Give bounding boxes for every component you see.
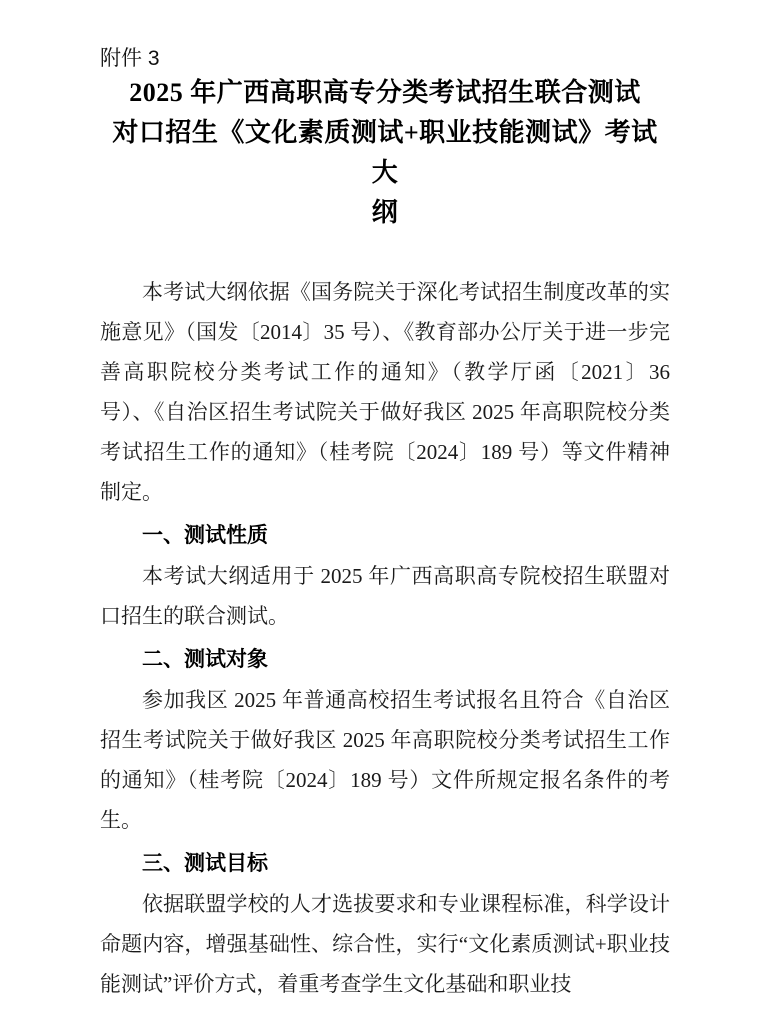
section-heading-test-objectives: 三、测试目标 <box>100 844 670 884</box>
intro-paragraph: 本考试大纲依据《国务院关于深化考试招生制度改革的实施意见》（国发〔2014〕35… <box>100 272 670 512</box>
document-title: 2025 年广西高职高专分类考试招生联合测试 对口招生《文化素质测试+职业技能测… <box>100 73 670 233</box>
attachment-label: 附件 3 <box>100 45 670 73</box>
title-line-2: 对口招生《文化素质测试+职业技能测试》考试大 <box>100 113 670 193</box>
document-page: 附件 3 2025 年广西高职高专分类考试招生联合测试 对口招生《文化素质测试+… <box>0 0 770 1013</box>
title-line-1: 2025 年广西高职高专分类考试招生联合测试 <box>100 73 670 113</box>
section-body-test-subjects: 参加我区 2025 年普通高校招生考试报名且符合《自治区招生考试院关于做好我区 … <box>100 680 670 840</box>
section-body-test-objectives: 依据联盟学校的人才选拔要求和专业课程标准，科学设计命题内容，增强基础性、综合性，… <box>100 884 670 1004</box>
section-heading-test-nature: 一、测试性质 <box>100 516 670 556</box>
section-body-test-nature: 本考试大纲适用于 2025 年广西高职高专院校招生联盟对口招生的联合测试。 <box>100 556 670 636</box>
section-heading-test-subjects: 二、测试对象 <box>100 640 670 680</box>
title-line-3: 纲 <box>100 193 670 233</box>
